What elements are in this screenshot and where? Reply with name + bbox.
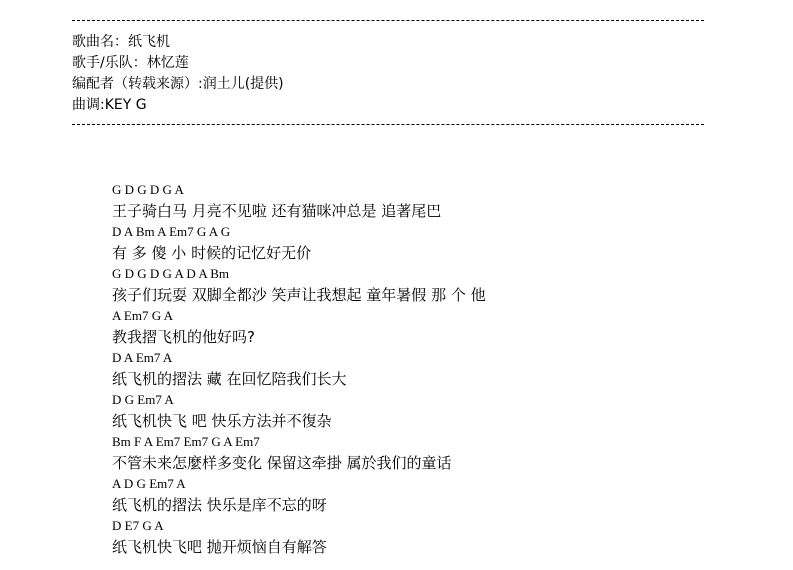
lyric-line: 纸飞机快飞吧 抛开烦恼自有解答	[112, 536, 486, 558]
song-name: 歌曲名：纸飞机	[72, 32, 170, 53]
chord-line: D E7 G A	[112, 516, 486, 536]
sheet-line: Bm F A Em7 Em7 G A Em7 不管未来怎麼样多变化 保留这牵掛 …	[112, 432, 486, 474]
chord-line: Bm F A Em7 Em7 G A Em7	[112, 432, 486, 452]
lyric-line: 孩子们玩耍 双脚全都沙 笑声让我想起 童年暑假 那 个 他	[112, 284, 486, 306]
sheet-line: A D G Em7 A 纸飞机的摺法 快乐是庠不忘的呀	[112, 474, 486, 516]
lyric-line: 教我摺飞机的他好吗?	[112, 326, 486, 348]
chord-line: A D G Em7 A	[112, 474, 486, 494]
chord-sheet: G D G D G A 王子骑白马 月亮不见啦 还有猫咪冲总是 追著尾巴 D A…	[112, 180, 486, 558]
sheet-line: G D G D G A 王子骑白马 月亮不见啦 还有猫咪冲总是 追著尾巴	[112, 180, 486, 222]
chord-line: G D G D G A	[112, 180, 486, 200]
chord-line: D G Em7 A	[112, 390, 486, 410]
lyric-line: 王子骑白马 月亮不见啦 还有猫咪冲总是 追著尾巴	[112, 200, 486, 222]
chord-line: D A Bm A Em7 G A G	[112, 222, 486, 242]
sheet-line: D G Em7 A 纸飞机快飞 吧 快乐方法并不復杂	[112, 390, 486, 432]
sheet-line: D A Em7 A 纸飞机的摺法 藏 在回忆陪我们长大	[112, 348, 486, 390]
arranger: 编配者（转载来源）:润土儿(提供)	[72, 74, 284, 95]
bottom-separator	[72, 124, 704, 125]
sheet-line: A Em7 G A 教我摺飞机的他好吗?	[112, 306, 486, 348]
sheet-line: D A Bm A Em7 G A G 有 多 傻 小 时候的记忆好无价	[112, 222, 486, 264]
lyric-line: 有 多 傻 小 时候的记忆好无价	[112, 242, 486, 264]
chord-line: D A Em7 A	[112, 348, 486, 368]
lyric-line: 纸飞机的摺法 藏 在回忆陪我们长大	[112, 368, 486, 390]
top-separator	[72, 20, 704, 21]
chord-line: A Em7 G A	[112, 306, 486, 326]
lyric-line: 纸飞机快飞 吧 快乐方法并不復杂	[112, 410, 486, 432]
chord-line: G D G D G A D A Bm	[112, 264, 486, 284]
sheet-line: D E7 G A 纸飞机快飞吧 抛开烦恼自有解答	[112, 516, 486, 558]
song-key: 曲调:KEY G	[72, 95, 147, 116]
lyric-line: 不管未来怎麼样多变化 保留这牵掛 属於我们的童话	[112, 452, 486, 474]
artist: 歌手/乐队：林忆莲	[72, 53, 189, 74]
lyric-line: 纸飞机的摺法 快乐是庠不忘的呀	[112, 494, 486, 516]
sheet-line: G D G D G A D A Bm 孩子们玩耍 双脚全都沙 笑声让我想起 童年…	[112, 264, 486, 306]
